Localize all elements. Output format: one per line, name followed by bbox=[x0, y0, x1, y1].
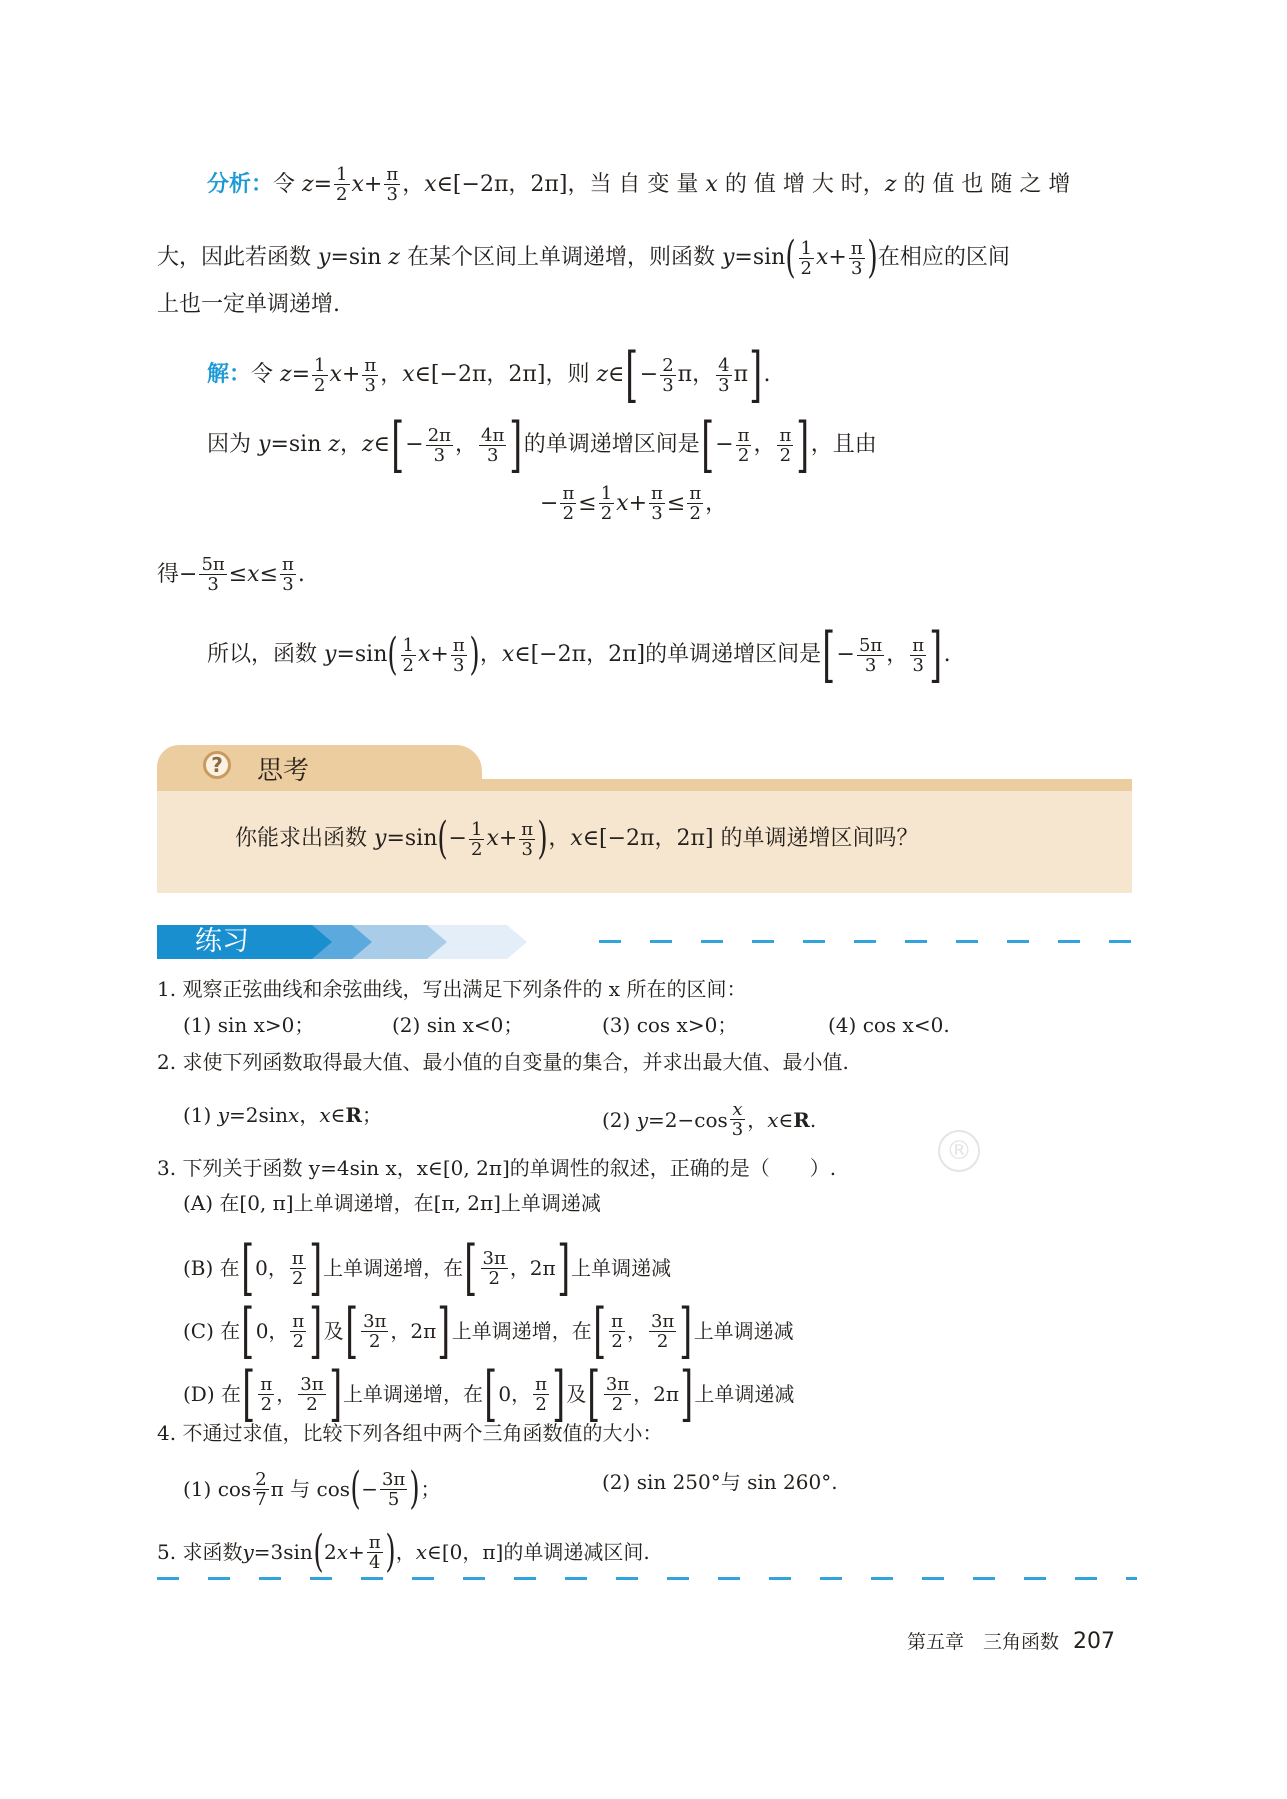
solution-line-3: −π2≤12x+π3≤π2， bbox=[540, 484, 727, 523]
think-box: ? 思考 你能求出函数 y=sin (−12x+π3) ，x∈[−2π，2π] … bbox=[157, 745, 1132, 893]
practice-item-3-option-b: (B) 在[0，π2]上单调递增，在[3π2，2π]上单调递减 bbox=[183, 1238, 671, 1298]
analysis-line-3: 上也一定单调递增. bbox=[157, 290, 340, 320]
chapter-label: 第五章 三角函数 bbox=[907, 1631, 1059, 1653]
dashed-divider-top bbox=[599, 940, 1137, 943]
practice-item-3-option-d: (D) 在[π2，3π2]上单调递增，在[0，π2]及[3π2，2π]上单调递减 bbox=[183, 1364, 794, 1424]
practice-item-3-option-c: (C) 在[0，π2]及[3π2，2π]上单调递增，在[π2，3π2]上单调递减 bbox=[183, 1301, 794, 1361]
think-question: 你能求出函数 y=sin (−12x+π3) ，x∈[−2π，2π] 的单调递增… bbox=[235, 817, 919, 861]
practice-item-1: 1. 观察正弦曲线和余弦曲线，写出满足下列条件的 x 所在的区间： bbox=[157, 974, 746, 1004]
practice-item-2: 2. 求使下列函数取得最大值、最小值的自变量的集合，并求出最大值、最小值. bbox=[157, 1047, 849, 1077]
practice-item-4-sub-2: (2) sin 250°与 sin 260°. bbox=[602, 1467, 838, 1497]
analysis-label: 分析： bbox=[207, 170, 273, 200]
practice-item-5: 5. 求函数 y=3sin(2x+π4)，x∈[0，π]的单调递减区间. bbox=[157, 1530, 650, 1574]
practice-title: 练习 bbox=[195, 925, 249, 959]
textbook-page: 分析： 令 z= 12x+ π3 ，x∈[−2π，2π]，当 自 变 量 x 的… bbox=[0, 0, 1287, 1799]
practice-header: 练习 bbox=[157, 925, 1137, 959]
analysis-line-1: 分析： 令 z= 12x+ π3 ，x∈[−2π，2π]，当 自 变 量 x 的… bbox=[207, 165, 1070, 204]
solution-line-5: 所以，函数 y=sin (12x+π3) ，x∈[−2π，2π]的单调递增区间是… bbox=[207, 625, 951, 685]
practice-item-1-sub-3: (3) cos x>0； bbox=[602, 1010, 737, 1040]
question-circle-icon: ? bbox=[203, 751, 231, 779]
practice-item-2-sub-2: (2) y=2−cosx3，x∈R. bbox=[602, 1100, 816, 1139]
solution-label: 解： bbox=[207, 360, 251, 390]
analysis-line-2: 大，因此若函数 y=sin z 在某个区间上单调递增，则函数 y=sin (12… bbox=[157, 236, 1010, 280]
practice-item-1-sub-4: (4) cos x<0. bbox=[828, 1010, 950, 1040]
page-number: 207 bbox=[1073, 1629, 1115, 1654]
registered-mark-icon: ® bbox=[938, 1130, 980, 1172]
practice-item-3-option-a: (A) 在[0, π]上单调递增，在[π, 2π]上单调递减 bbox=[183, 1188, 601, 1218]
practice-item-3: 3. 下列关于函数 y=4sin x，x∈[0, 2π]的单调性的叙述，正确的是… bbox=[157, 1153, 836, 1183]
page-footer: 第五章 三角函数 207 bbox=[907, 1627, 1115, 1654]
practice-item-1-sub-2: (2) sin x<0； bbox=[392, 1010, 523, 1040]
practice-item-4: 4. 不通过求值，比较下列各组中两个三角函数值的大小： bbox=[157, 1418, 662, 1448]
practice-item-2-sub-1: (1) y=2sin x，x∈R； bbox=[183, 1100, 382, 1130]
practice-item-1-sub-1: (1) sin x>0； bbox=[183, 1010, 314, 1040]
solution-line-1: 解： 令 z= 12x+ π3 ，x∈[−2π，2π]，则 z∈ [−23π，4… bbox=[207, 345, 770, 405]
practice-item-4-sub-1: (1) cos27π 与 cos(−3π5)； bbox=[183, 1467, 440, 1511]
think-title: 思考 bbox=[257, 750, 309, 787]
solution-line-4: 得−5π3≤x≤π3. bbox=[157, 555, 305, 594]
dashed-divider-bottom bbox=[157, 1577, 1137, 1580]
solution-line-2: 因为 y=sin z，z∈ [−2π3，4π3] 的单调递增区间是 [−π2，π… bbox=[207, 415, 877, 475]
